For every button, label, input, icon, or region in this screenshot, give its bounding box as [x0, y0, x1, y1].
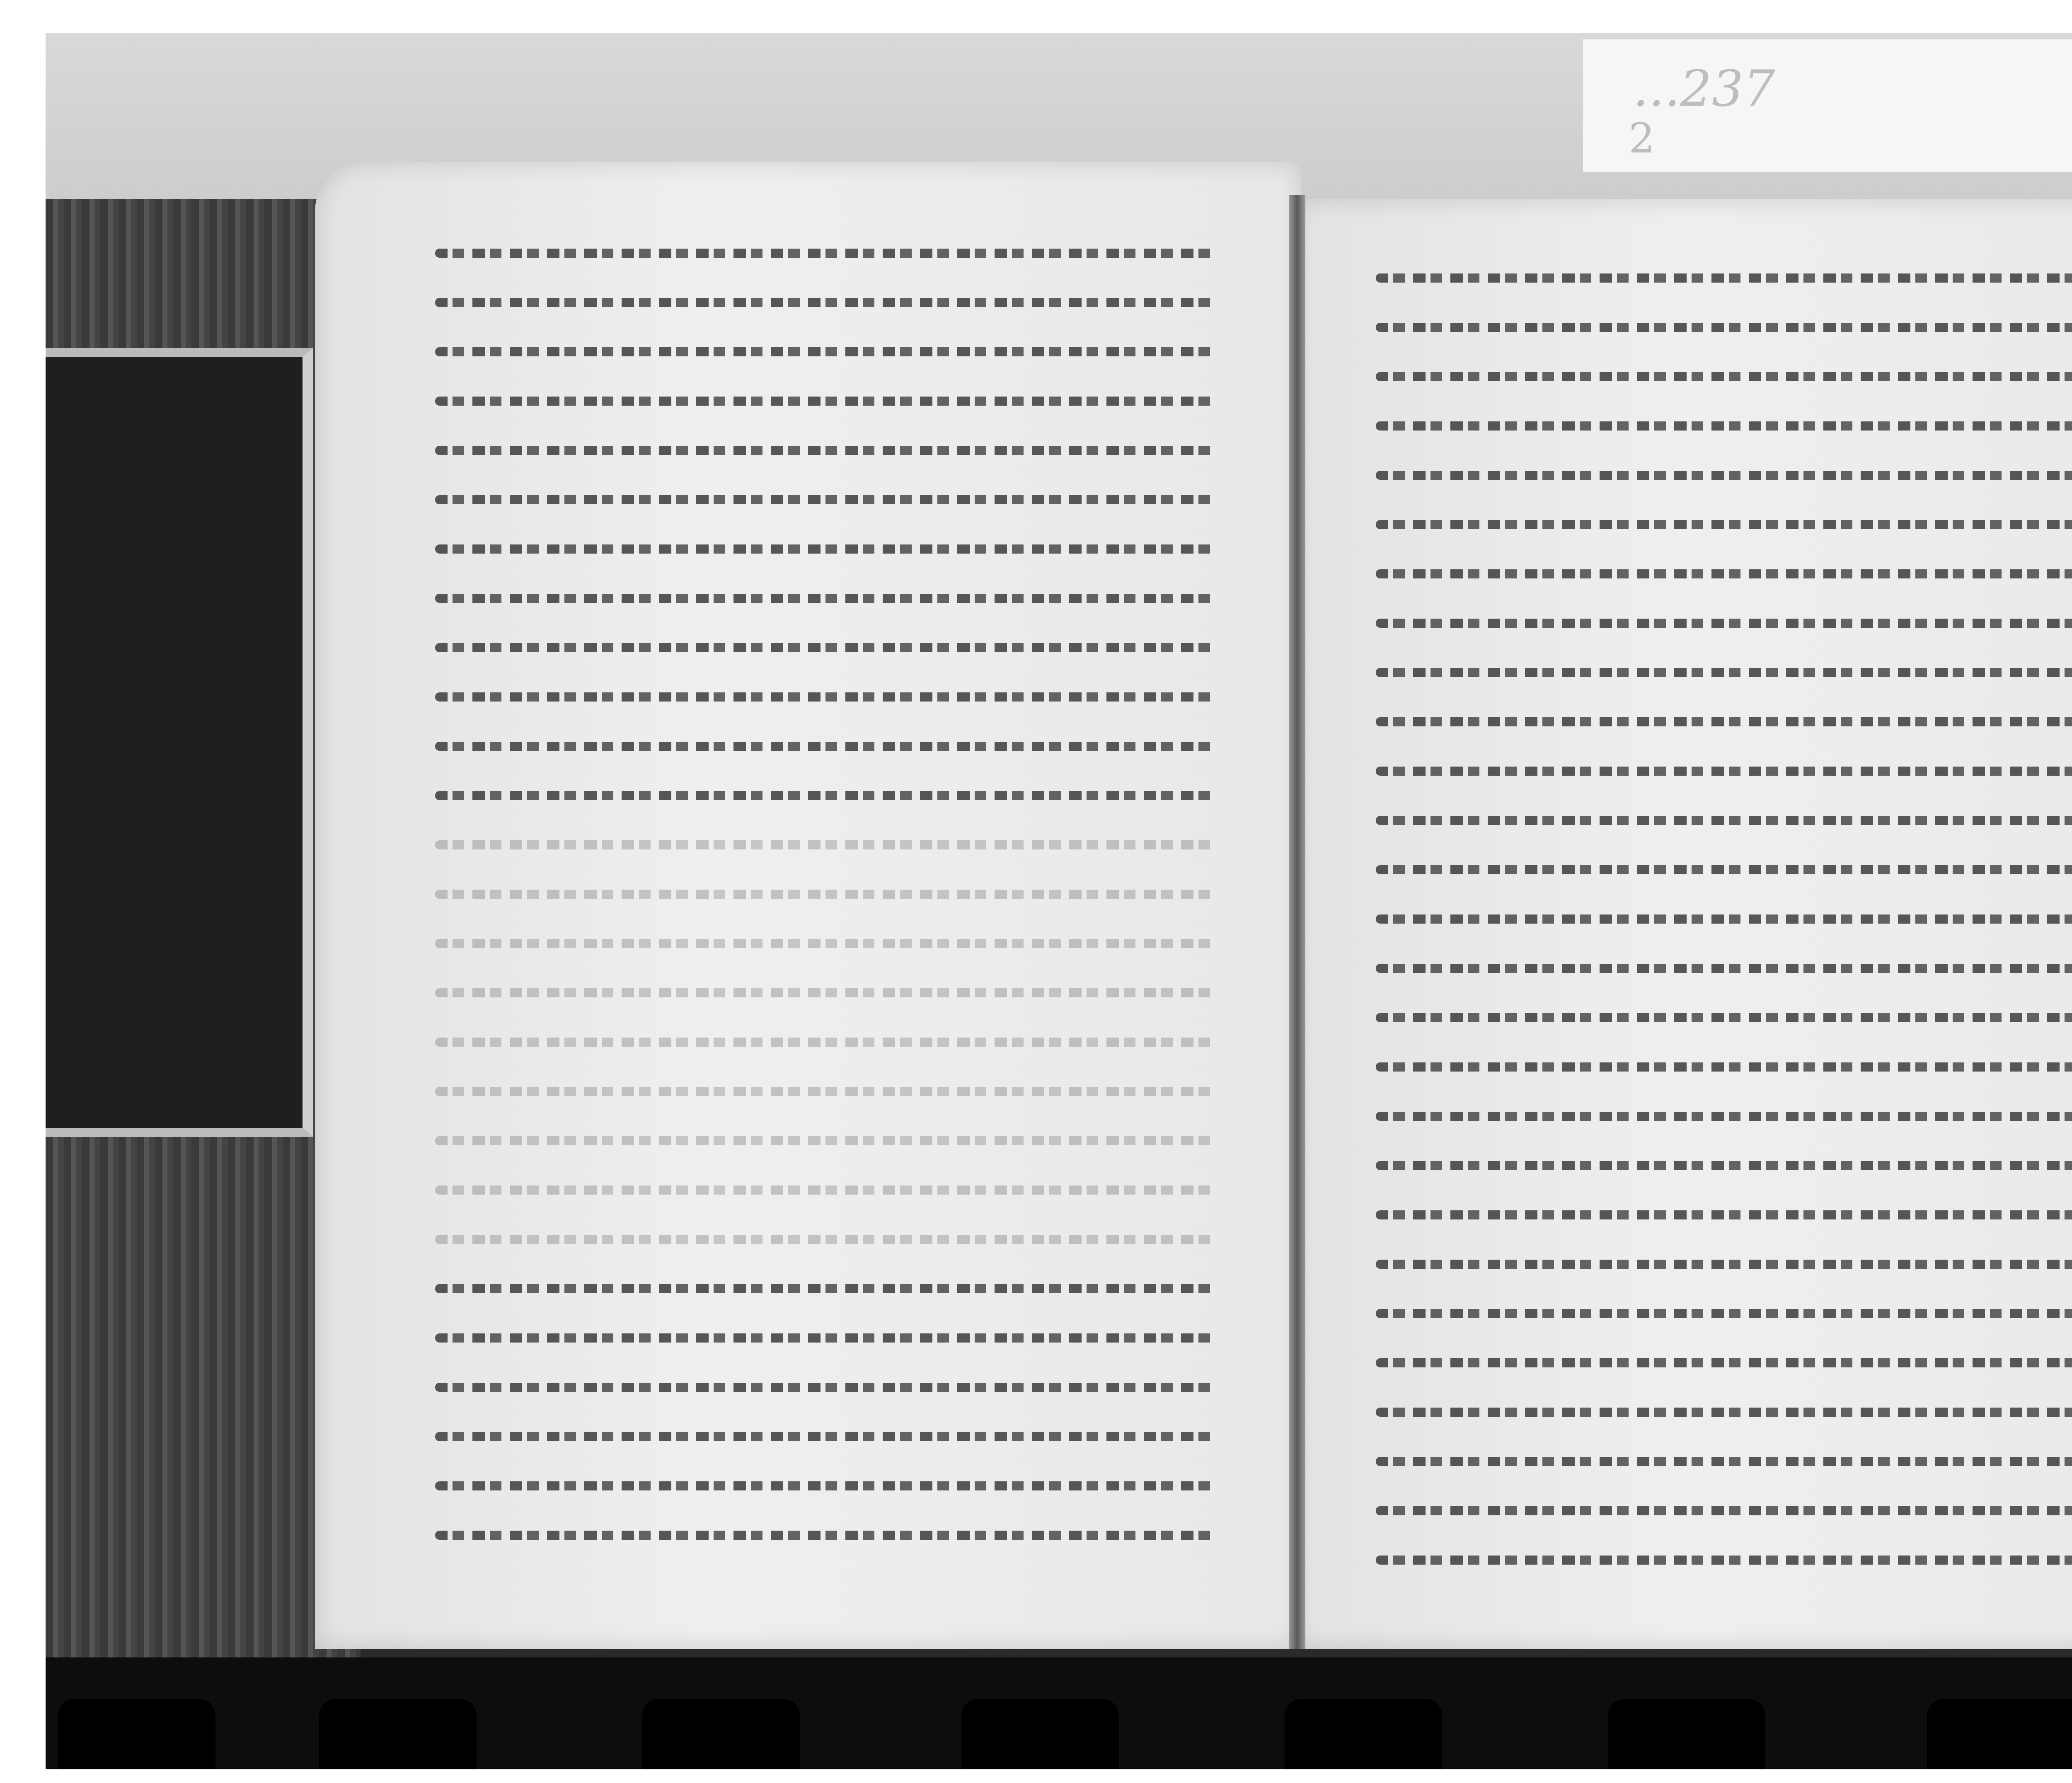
manuscript-text-line: [435, 249, 1214, 258]
manuscript-text-line: [1376, 1358, 2072, 1367]
manuscript-text-line: [435, 544, 1214, 554]
manuscript-text-line: [1376, 520, 2072, 529]
manuscript-text-line: [1376, 1556, 2072, 1565]
film-perforation: [961, 1699, 1119, 1769]
manuscript-text-line: [1376, 717, 2072, 726]
manuscript-text-line: [435, 594, 1214, 603]
manuscript-text-line: [1376, 1260, 2072, 1269]
manuscript-text-line: [435, 1136, 1214, 1145]
manuscript-text-line: [1376, 1062, 2072, 1072]
manuscript-text-line: [435, 742, 1214, 751]
manuscript-text-line: [435, 1531, 1214, 1540]
manuscript-text-line: [435, 988, 1214, 997]
manuscript-text-line: [1376, 619, 2072, 628]
manuscript-text-line: [1376, 273, 2072, 283]
manuscript-text-line: [1376, 471, 2072, 480]
manuscript-text-line: [1376, 1161, 2072, 1170]
label-shelfmark: ...237: [1633, 60, 1775, 118]
manuscript-text-line: [435, 1235, 1214, 1244]
film-strip-border: [46, 1657, 2072, 1769]
manuscript-text-line: [435, 1481, 1214, 1490]
film-perforation: [642, 1699, 800, 1769]
manuscript-text-line: [1376, 767, 2072, 776]
manuscript-text-line: [1376, 668, 2072, 677]
manuscript-text-line: [435, 397, 1214, 406]
manuscript-text-line: [1376, 865, 2072, 874]
manuscript-text-line: [435, 1284, 1214, 1293]
manuscript-text-line: [435, 446, 1214, 455]
manuscript-text-line: [1376, 1309, 2072, 1318]
right-page-text: [1376, 273, 2072, 1605]
manuscript-text-line: [435, 1087, 1214, 1096]
manuscript-text-line: [1376, 1210, 2072, 1219]
catalog-label: ...237 2: [1583, 39, 2072, 172]
manuscript-text-line: [435, 1038, 1214, 1047]
manuscript-text-line: [1376, 914, 2072, 924]
manuscript-text-line: [1376, 1457, 2072, 1466]
film-perforation: [1608, 1699, 1765, 1769]
manuscript-text-line: [435, 298, 1214, 307]
manuscript-text-line: [435, 1432, 1214, 1441]
manuscript-text-line: [435, 692, 1214, 702]
film-perforation: [1927, 1699, 2072, 1769]
manuscript-text-line: [1376, 1506, 2072, 1515]
manuscript-text-line: [1376, 569, 2072, 578]
film-perforation: [319, 1699, 477, 1769]
label-number: 2: [1629, 114, 1655, 162]
manuscript-text-line: [1376, 1013, 2072, 1022]
manuscript-text-line: [435, 347, 1214, 356]
left-page-text: [435, 249, 1214, 1580]
manuscript-text-line: [1376, 964, 2072, 973]
manuscript-text-line: [435, 939, 1214, 948]
manuscript-text-line: [1376, 421, 2072, 431]
manuscript-text-line: [435, 890, 1214, 899]
manuscript-text-line: [435, 840, 1214, 849]
manuscript-text-line: [1376, 816, 2072, 825]
manuscript-text-line: [1376, 1112, 2072, 1121]
manuscript-text-line: [1376, 323, 2072, 332]
book-gutter: [1289, 195, 1305, 1649]
manuscript-text-line: [1376, 372, 2072, 381]
film-perforation: [1285, 1699, 1442, 1769]
manuscript-text-line: [435, 791, 1214, 800]
manuscript-text-line: [1376, 1408, 2072, 1417]
manuscript-text-line: [435, 495, 1214, 504]
film-perforation: [58, 1699, 215, 1769]
manuscript-text-line: [435, 1383, 1214, 1392]
book-cover-piece: [46, 348, 313, 1137]
manuscript-text-line: [435, 1185, 1214, 1195]
manuscript-text-line: [435, 643, 1214, 652]
manuscript-text-line: [435, 1333, 1214, 1343]
